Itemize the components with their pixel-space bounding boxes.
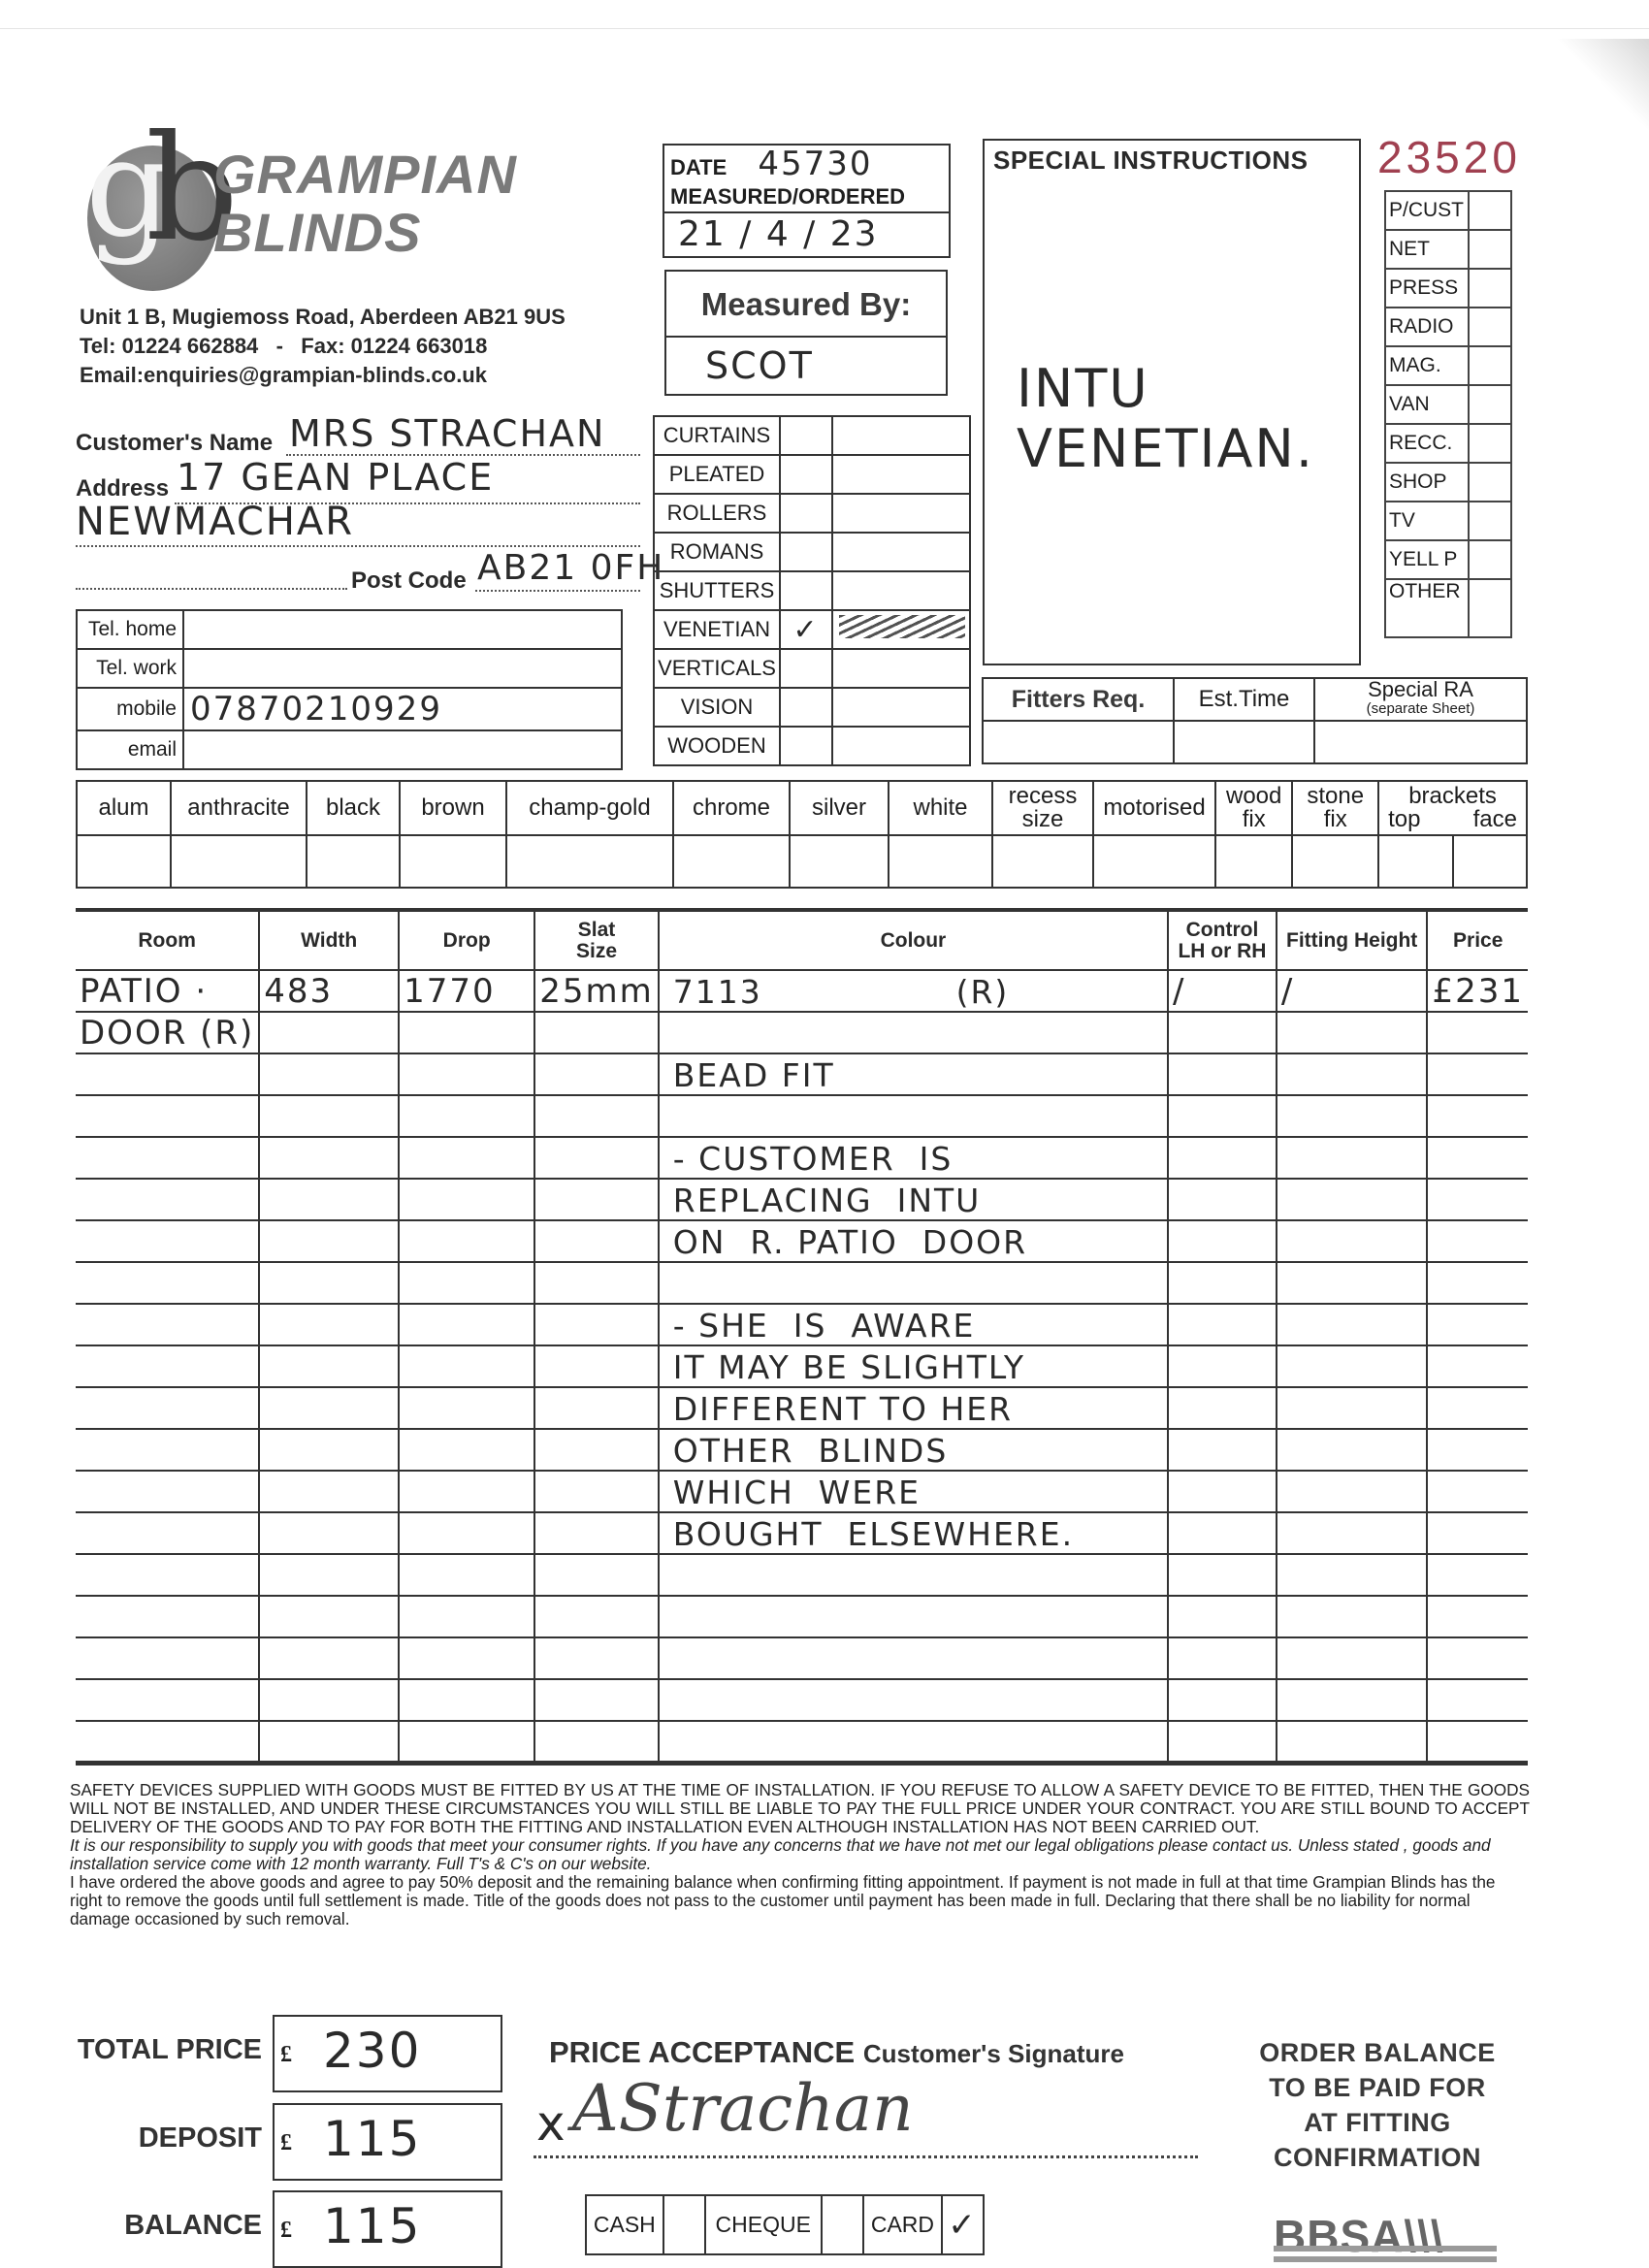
fitters-req-label: Fitters Req. — [983, 678, 1174, 721]
order-cell-room[interactable] — [76, 1637, 259, 1679]
order-cell-slat-size[interactable] — [534, 1387, 659, 1429]
fitters-req-field[interactable] — [983, 721, 1174, 763]
order-cell-control-lh-or-rh[interactable] — [1168, 1429, 1277, 1471]
table-row — [76, 1262, 1528, 1304]
order-cell-colour[interactable]: 7113 (R) — [659, 970, 1168, 1012]
customer-signature: AStrachan — [572, 2071, 914, 2146]
brand-line-1: GRAMPIAN — [213, 146, 517, 204]
source-checkbox[interactable] — [1469, 191, 1511, 230]
colour-checkbox[interactable] — [307, 835, 400, 888]
pound-sign: £ — [280, 2042, 292, 2068]
table-row — [76, 1596, 1528, 1637]
table-row: - CUSTOMER IS — [76, 1137, 1528, 1179]
measured-ordered-label: MEASURED/ORDERED — [670, 184, 905, 209]
colour-options-table: alum anthracite black brown champ-gold c… — [76, 780, 1528, 889]
order-cell-width[interactable] — [259, 1304, 399, 1345]
order-cell-slat-size[interactable] — [534, 1554, 659, 1596]
order-cell-room[interactable] — [76, 1554, 259, 1596]
balance-label: BALANCE — [58, 2210, 262, 2242]
venetian-checkmark-icon[interactable]: ✓ — [780, 610, 832, 649]
order-cell-colour[interactable]: OTHER BLINDS — [659, 1429, 1168, 1471]
special-ra-label: Special RA(separate Sheet) — [1314, 678, 1527, 721]
order-cell-room[interactable] — [76, 1179, 259, 1220]
product-row: WOODEN — [654, 727, 970, 765]
table-row — [76, 1637, 1528, 1679]
product-row: CURTAINS — [654, 416, 970, 455]
order-cell-slat-size[interactable] — [534, 1012, 659, 1053]
product-checkbox[interactable] — [780, 727, 832, 765]
order-cell-fitting-height[interactable] — [1277, 1512, 1428, 1554]
order-cell-price[interactable] — [1427, 1137, 1528, 1179]
cheque-checkbox[interactable] — [822, 2195, 863, 2254]
brand-line-2: BLINDS — [213, 204, 517, 262]
product-notes[interactable] — [832, 416, 970, 455]
order-cell-fitting-height[interactable] — [1277, 1554, 1428, 1596]
table-row — [76, 1679, 1528, 1721]
motorised-field[interactable] — [1093, 835, 1215, 888]
product-notes[interactable] — [832, 571, 970, 610]
email-label: email — [77, 730, 183, 769]
deposit-field[interactable]: £ 115 — [273, 2103, 502, 2181]
order-cell-fitting-height[interactable] — [1277, 1637, 1428, 1679]
product-checkbox[interactable] — [780, 455, 832, 494]
order-cell-width[interactable] — [259, 1345, 399, 1387]
order-cell-room[interactable] — [76, 1679, 259, 1721]
order-cell-control-lh-or-rh[interactable] — [1168, 1304, 1277, 1345]
product-notes[interactable] — [832, 494, 970, 533]
order-cell-fitting-height[interactable] — [1277, 1137, 1428, 1179]
order-cell-fitting-height[interactable]: / — [1277, 970, 1428, 1012]
table-row: WHICH WERE — [76, 1471, 1528, 1512]
order-cell-drop[interactable] — [399, 1179, 534, 1220]
order-cell-fitting-height[interactable] — [1277, 1721, 1428, 1763]
card-checkmark-icon[interactable]: ✓ — [942, 2195, 984, 2254]
source-checkbox[interactable] — [1469, 230, 1511, 269]
order-cell-room[interactable]: DOOR (R) — [76, 1012, 259, 1053]
order-cell-slat-size[interactable] — [534, 1721, 659, 1763]
order-cell-price[interactable] — [1427, 1304, 1528, 1345]
order-cell-width[interactable]: 483 — [259, 970, 399, 1012]
tel-work-field[interactable] — [183, 649, 622, 688]
order-cell-control-lh-or-rh[interactable] — [1168, 1387, 1277, 1429]
order-cell-drop[interactable] — [399, 1220, 534, 1262]
order-cell-width[interactable] — [259, 1637, 399, 1679]
source-checkbox[interactable] — [1469, 346, 1511, 385]
order-cell-room[interactable] — [76, 1220, 259, 1262]
special-note-line-1: INTU — [1017, 359, 1314, 419]
date-value[interactable]: 21 / 4 / 23 — [664, 213, 949, 256]
order-cell-width[interactable] — [259, 1429, 399, 1471]
order-cell-slat-size[interactable] — [534, 1053, 659, 1095]
product-checkbox[interactable] — [780, 533, 832, 571]
order-cell-control-lh-or-rh[interactable] — [1168, 1262, 1277, 1304]
order-cell-colour[interactable] — [659, 1721, 1168, 1763]
source-checkbox[interactable] — [1469, 463, 1511, 502]
colour-checkbox[interactable] — [889, 835, 992, 888]
order-table: Room Width Drop Slat Size Colour Control… — [76, 908, 1528, 1766]
source-checkbox[interactable] — [1469, 579, 1511, 637]
product-row: VENETIAN✓ — [654, 610, 970, 649]
tel-home-field[interactable] — [183, 610, 622, 649]
order-cell-price[interactable] — [1427, 1262, 1528, 1304]
order-cell-fitting-height[interactable] — [1277, 1471, 1428, 1512]
order-cell-drop[interactable] — [399, 1012, 534, 1053]
order-cell-colour[interactable] — [659, 1012, 1168, 1053]
order-cell-width[interactable] — [259, 1053, 399, 1095]
order-cell-drop[interactable]: 1770 — [399, 970, 534, 1012]
order-cell-width[interactable] — [259, 1554, 399, 1596]
product-row: SHUTTERS — [654, 571, 970, 610]
order-cell-fitting-height[interactable] — [1277, 1012, 1428, 1053]
order-cell-colour[interactable]: IT MAY BE SLIGHTLY — [659, 1345, 1168, 1387]
order-cell-room[interactable]: PATIO · — [76, 970, 259, 1012]
order-cell-room[interactable] — [76, 1262, 259, 1304]
order-cell-price[interactable] — [1427, 1637, 1528, 1679]
table-row: BEAD FIT — [76, 1053, 1528, 1095]
address-line-3-field[interactable] — [76, 561, 347, 590]
balance-field[interactable]: £ 115 — [273, 2190, 502, 2268]
source-row: SHOP — [1385, 463, 1511, 502]
colour-checkbox[interactable] — [171, 835, 307, 888]
order-cell-fitting-height[interactable] — [1277, 1304, 1428, 1345]
product-row: VERTICALS — [654, 649, 970, 688]
measured-by-box: Measured By: SCOT — [664, 270, 948, 396]
order-cell-drop[interactable] — [399, 1637, 534, 1679]
price-acceptance-heading: PRICE ACCEPTANCE Customer's Signature — [549, 2035, 1124, 2070]
colour-checkbox[interactable] — [673, 835, 790, 888]
order-cell-colour[interactable]: BEAD FIT — [659, 1053, 1168, 1095]
measured-by-value[interactable]: SCOT — [666, 338, 946, 394]
product-notes[interactable] — [832, 610, 970, 649]
order-cell-control-lh-or-rh[interactable] — [1168, 1554, 1277, 1596]
table-row: REPLACING INTU — [76, 1179, 1528, 1220]
stone-fix-field[interactable] — [1292, 835, 1378, 888]
address-line-1-value: 17 GEAN PLACE — [177, 456, 494, 499]
order-cell-room[interactable] — [76, 1345, 259, 1387]
order-cell-room[interactable] — [76, 1721, 259, 1763]
order-cell-drop[interactable] — [399, 1345, 534, 1387]
order-cell-slat-size[interactable] — [534, 1429, 659, 1471]
order-cell-control-lh-or-rh[interactable] — [1168, 1220, 1277, 1262]
order-cell-fitting-height[interactable] — [1277, 1429, 1428, 1471]
mobile-label: mobile — [77, 688, 183, 730]
order-cell-price[interactable] — [1427, 1471, 1528, 1512]
lead-source-list: P/CUST NET PRESS RADIO MAG. VAN RECC. SH… — [1384, 190, 1512, 638]
order-cell-width[interactable] — [259, 1596, 399, 1637]
order-cell-drop[interactable] — [399, 1512, 534, 1554]
order-cell-drop[interactable] — [399, 1721, 534, 1763]
order-cell-width[interactable] — [259, 1679, 399, 1721]
table-row: DIFFERENT TO HER — [76, 1387, 1528, 1429]
source-checkbox[interactable] — [1469, 502, 1511, 540]
order-cell-room[interactable] — [76, 1387, 259, 1429]
order-cell-width[interactable] — [259, 1512, 399, 1554]
postcode-label: Post Code — [351, 567, 467, 595]
source-row: PRESS — [1385, 269, 1511, 308]
company-logo-text: GRAMPIAN BLINDS — [213, 146, 517, 262]
wood-fix-field[interactable] — [1215, 835, 1292, 888]
table-row: BOUGHT ELSEWHERE. — [76, 1512, 1528, 1554]
order-cell-colour[interactable] — [659, 1095, 1168, 1137]
order-cell-room[interactable] — [76, 1471, 259, 1512]
source-row: MAG. — [1385, 346, 1511, 385]
order-cell-colour[interactable]: DIFFERENT TO HER — [659, 1387, 1168, 1429]
address-line-2-value: NEWMACHAR — [76, 500, 354, 544]
order-cell-width[interactable] — [259, 1179, 399, 1220]
table-row: IT MAY BE SLIGHTLY — [76, 1345, 1528, 1387]
special-note-line-2: VENETIAN. — [1017, 419, 1314, 479]
source-checkbox[interactable] — [1469, 424, 1511, 463]
order-cell-slat-size[interactable] — [534, 1220, 659, 1262]
deposit-value: 115 — [323, 2111, 421, 2167]
total-price-label: TOTAL PRICE — [58, 2034, 262, 2066]
order-cell-drop[interactable] — [399, 1596, 534, 1637]
order-cell-drop[interactable] — [399, 1053, 534, 1095]
order-cell-slat-size[interactable] — [534, 1679, 659, 1721]
order-cell-control-lh-or-rh[interactable] — [1168, 1471, 1277, 1512]
product-checkbox[interactable] — [780, 688, 832, 727]
order-cell-fitting-height[interactable] — [1277, 1345, 1428, 1387]
order-cell-control-lh-or-rh[interactable] — [1168, 1012, 1277, 1053]
table-row: - SHE IS AWARE — [76, 1304, 1528, 1345]
order-cell-width[interactable] — [259, 1471, 399, 1512]
order-cell-drop[interactable] — [399, 1095, 534, 1137]
terms-and-conditions: SAFETY DEVICES SUPPLIED WITH GOODS MUST … — [70, 1781, 1530, 1928]
order-cell-fitting-height[interactable] — [1277, 1220, 1428, 1262]
source-row: RECC. — [1385, 424, 1511, 463]
source-checkbox[interactable] — [1469, 385, 1511, 424]
source-checkbox[interactable] — [1469, 308, 1511, 346]
est-time-field[interactable] — [1174, 721, 1314, 763]
contact-row: mobile07870210929 — [77, 688, 622, 730]
order-cell-price[interactable] — [1427, 1012, 1528, 1053]
order-cell-drop[interactable] — [399, 1387, 534, 1429]
source-row: YELL P — [1385, 540, 1511, 579]
total-price-field[interactable]: £ 230 — [273, 2015, 502, 2092]
order-cell-fitting-height[interactable] — [1277, 1095, 1428, 1137]
source-row: NET — [1385, 230, 1511, 269]
order-cell-price[interactable] — [1427, 1596, 1528, 1637]
folded-corner — [1533, 39, 1649, 155]
order-cell-price[interactable] — [1427, 1721, 1528, 1763]
order-cell-price[interactable] — [1427, 1679, 1528, 1721]
order-cell-control-lh-or-rh[interactable] — [1168, 1679, 1277, 1721]
source-row: P/CUST — [1385, 191, 1511, 230]
order-cell-colour[interactable]: WHICH WERE — [659, 1471, 1168, 1512]
order-cell-width[interactable] — [259, 1012, 399, 1053]
product-notes[interactable] — [832, 727, 970, 765]
order-cell-room[interactable] — [76, 1596, 259, 1637]
contact-table: Tel. home Tel. work mobile07870210929 em… — [76, 609, 623, 770]
special-instructions-note: INTU VENETIAN. — [1017, 359, 1314, 479]
est-time-label: Est.Time — [1174, 678, 1314, 721]
special-ra-field[interactable] — [1314, 721, 1527, 763]
order-cell-price[interactable] — [1427, 1179, 1528, 1220]
order-cell-price[interactable] — [1427, 1220, 1528, 1262]
safety-terms: SAFETY DEVICES SUPPLIED WITH GOODS MUST … — [70, 1781, 1530, 1836]
order-cell-slat-size[interactable] — [534, 1471, 659, 1512]
order-cell-room[interactable] — [76, 1137, 259, 1179]
balance-value: 115 — [323, 2198, 421, 2254]
order-cell-colour[interactable] — [659, 1262, 1168, 1304]
order-cell-slat-size[interactable] — [534, 1637, 659, 1679]
table-row: DOOR (R) — [76, 1012, 1528, 1053]
pound-sign: £ — [280, 2130, 292, 2156]
order-cell-slat-size[interactable] — [534, 1345, 659, 1387]
order-cell-width[interactable] — [259, 1387, 399, 1429]
order-cell-colour[interactable] — [659, 1679, 1168, 1721]
order-cell-slat-size[interactable] — [534, 1262, 659, 1304]
scan-top-edge — [0, 0, 1649, 29]
scribble-mark-icon — [839, 615, 965, 638]
order-cell-fitting-height[interactable] — [1277, 1262, 1428, 1304]
order-cell-room[interactable] — [76, 1095, 259, 1137]
order-cell-width[interactable] — [259, 1262, 399, 1304]
order-cell-control-lh-or-rh[interactable] — [1168, 1345, 1277, 1387]
tel-home-label: Tel. home — [77, 610, 183, 649]
customer-name-value: MRS STRACHAN — [289, 412, 605, 455]
consumer-rights-terms: It is our responsibility to supply you w… — [70, 1836, 1530, 1873]
brackets-face-field[interactable] — [1453, 835, 1527, 888]
order-cell-width[interactable] — [259, 1220, 399, 1262]
order-cell-price[interactable] — [1427, 1345, 1528, 1387]
order-cell-control-lh-or-rh[interactable] — [1168, 1596, 1277, 1637]
total-price-value: 230 — [323, 2023, 421, 2079]
table-row — [76, 1095, 1528, 1137]
cash-checkbox[interactable] — [663, 2195, 705, 2254]
order-cell-control-lh-or-rh[interactable] — [1168, 1637, 1277, 1679]
order-cell-room[interactable] — [76, 1053, 259, 1095]
order-cell-room[interactable] — [76, 1304, 259, 1345]
table-row — [76, 1554, 1528, 1596]
order-cell-slat-size[interactable] — [534, 1179, 659, 1220]
order-cell-slat-size[interactable] — [534, 1095, 659, 1137]
product-notes[interactable] — [832, 688, 970, 727]
signature-line[interactable] — [533, 2155, 1198, 2158]
order-cell-control-lh-or-rh[interactable] — [1168, 1137, 1277, 1179]
source-checkbox[interactable] — [1469, 540, 1511, 579]
order-cell-colour[interactable]: REPLACING INTU — [659, 1179, 1168, 1220]
address-label: Address — [76, 475, 169, 502]
tel-work-label: Tel. work — [77, 649, 183, 688]
order-cell-width[interactable] — [259, 1137, 399, 1179]
order-cell-slat-size[interactable] — [534, 1596, 659, 1637]
product-checkbox[interactable] — [780, 494, 832, 533]
source-row: VAN — [1385, 385, 1511, 424]
order-cell-slat-size[interactable] — [534, 1512, 659, 1554]
order-cell-colour[interactable]: - CUSTOMER IS — [659, 1137, 1168, 1179]
order-cell-fitting-height[interactable] — [1277, 1053, 1428, 1095]
colour-checkbox[interactable] — [506, 835, 673, 888]
special-instructions-title: SPECIAL INSTRUCTIONS — [993, 146, 1308, 176]
colour-checkbox[interactable] — [790, 835, 889, 888]
order-cell-drop[interactable] — [399, 1137, 534, 1179]
pound-sign: £ — [280, 2218, 292, 2244]
email-field[interactable] — [183, 730, 622, 769]
order-cell-drop[interactable] — [399, 1679, 534, 1721]
recess-size-field[interactable] — [992, 835, 1093, 888]
product-notes[interactable] — [832, 455, 970, 494]
company-email: Email:enquiries@grampian-blinds.co.uk — [80, 361, 566, 390]
order-cell-colour[interactable] — [659, 1554, 1168, 1596]
order-cell-drop[interactable] — [399, 1471, 534, 1512]
product-row: ROLLERS — [654, 494, 970, 533]
colour-checkbox[interactable] — [77, 835, 171, 888]
order-cell-width[interactable] — [259, 1721, 399, 1763]
order-cell-room[interactable] — [76, 1512, 259, 1554]
order-cell-drop[interactable] — [399, 1304, 534, 1345]
table-row: ON R. PATIO DOOR — [76, 1220, 1528, 1262]
deposit-label: DEPOSIT — [58, 2122, 262, 2155]
order-cell-width[interactable] — [259, 1095, 399, 1137]
order-cell-price[interactable] — [1427, 1095, 1528, 1137]
order-cell-fitting-height[interactable] — [1277, 1387, 1428, 1429]
payment-agreement-terms: I have ordered the above goods and agree… — [70, 1873, 1530, 1928]
colour-checkbox[interactable] — [400, 835, 506, 888]
order-cell-control-lh-or-rh[interactable] — [1168, 1512, 1277, 1554]
order-cell-control-lh-or-rh[interactable] — [1168, 1095, 1277, 1137]
order-cell-slat-size[interactable] — [534, 1304, 659, 1345]
bbsa-logo-bars — [1274, 2246, 1497, 2267]
source-checkbox[interactable] — [1469, 269, 1511, 308]
order-cell-price[interactable] — [1427, 1053, 1528, 1095]
order-cell-price[interactable] — [1427, 1554, 1528, 1596]
order-cell-colour[interactable] — [659, 1637, 1168, 1679]
product-checkbox[interactable] — [780, 649, 832, 688]
order-cell-control-lh-or-rh[interactable] — [1168, 1721, 1277, 1763]
fitters-table: Fitters Req. Est.Time Special RA(separat… — [982, 677, 1528, 764]
order-cell-price[interactable] — [1427, 1512, 1528, 1554]
order-cell-drop[interactable] — [399, 1262, 534, 1304]
card-label: CARD — [863, 2195, 942, 2254]
order-cell-price[interactable] — [1427, 1429, 1528, 1471]
brackets-header: brackets topface — [1378, 781, 1527, 835]
table-row: OTHER BLINDS — [76, 1429, 1528, 1471]
order-cell-colour[interactable]: BOUGHT ELSEWHERE. — [659, 1512, 1168, 1554]
order-cell-slat-size[interactable]: 25mm — [534, 970, 659, 1012]
order-cell-colour[interactable] — [659, 1596, 1168, 1637]
brackets-top-field[interactable] — [1378, 835, 1452, 888]
product-checkbox[interactable] — [780, 571, 832, 610]
order-cell-slat-size[interactable] — [534, 1137, 659, 1179]
company-phone-fax: Tel: 01224 662884 - Fax: 01224 663018 — [80, 332, 566, 361]
order-cell-fitting-height[interactable] — [1277, 1679, 1428, 1721]
product-notes[interactable] — [832, 649, 970, 688]
product-notes[interactable] — [832, 533, 970, 571]
measured-by-label: Measured By: — [666, 272, 946, 338]
mobile-field[interactable]: 07870210929 — [183, 688, 622, 730]
product-checkbox[interactable] — [780, 416, 832, 455]
order-cell-drop[interactable] — [399, 1554, 534, 1596]
order-cell-room[interactable] — [76, 1429, 259, 1471]
order-cell-fitting-height[interactable] — [1277, 1179, 1428, 1220]
order-cell-drop[interactable] — [399, 1429, 534, 1471]
postcode-value: AB21 0FH — [477, 548, 664, 588]
order-cell-control-lh-or-rh[interactable] — [1168, 1179, 1277, 1220]
order-cell-price[interactable]: £231 — [1427, 970, 1528, 1012]
order-cell-colour[interactable]: - SHE IS AWARE — [659, 1304, 1168, 1345]
order-cell-fitting-height[interactable] — [1277, 1596, 1428, 1637]
order-cell-control-lh-or-rh[interactable] — [1168, 1053, 1277, 1095]
date-label: DATE — [670, 155, 727, 179]
source-row: TV — [1385, 502, 1511, 540]
source-row: RADIO — [1385, 308, 1511, 346]
table-row — [76, 1721, 1528, 1763]
order-cell-price[interactable] — [1427, 1387, 1528, 1429]
order-number: 23520 — [1377, 131, 1521, 183]
order-cell-colour[interactable]: ON R. PATIO DOOR — [659, 1220, 1168, 1262]
order-cell-control-lh-or-rh[interactable]: / — [1168, 970, 1277, 1012]
